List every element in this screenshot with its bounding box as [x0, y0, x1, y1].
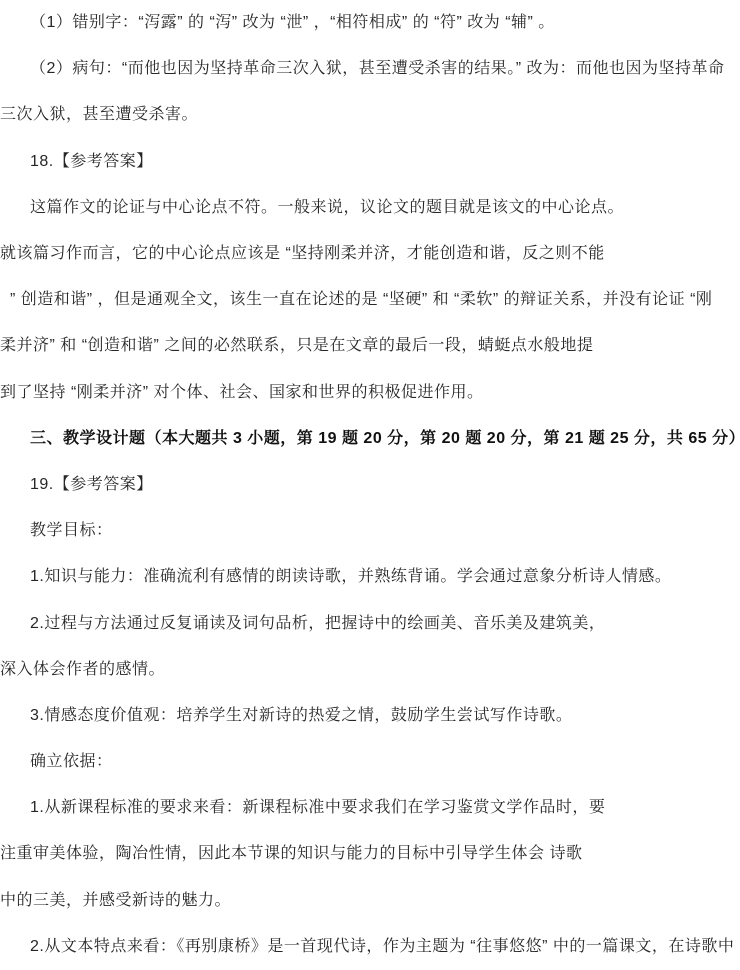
answer-19-header: 19.【参考答案】 — [0, 462, 740, 508]
answer-18-header: 18.【参考答案】 — [0, 139, 740, 185]
basis-curriculum-line-3: 中的三美，并感受新诗的魅力。 — [0, 878, 740, 924]
document-page: （1）错别字：“泻露” 的 “泻” 改为 “泄” ，“相符相成” 的 “符” 改… — [0, 0, 740, 970]
basis-curriculum-line-1: 1.从新课程标准的要求来看：新课程标准中要求我们在学习鉴赏文学作品时，要 — [0, 785, 740, 831]
answer-18-line-2: 就该篇习作而言，它的中心论点应该是 “坚持刚柔并济，才能创造和谐，反之则不能 — [0, 231, 740, 277]
answer-18-line-1: 这篇作文的论证与中心论点不符。一般来说，议论文的题目就是该文的中心论点。 — [0, 185, 740, 231]
answer-18-line-5: 到了坚持 “刚柔并济” 对个体、社会、国家和世界的积极促进作用。 — [0, 370, 740, 416]
typo-correction-line: （1）错别字：“泻露” 的 “泻” 改为 “泄” ，“相符相成” 的 “符” 改… — [0, 0, 740, 46]
goal-emotion-values: 3.情感态度价值观：培养学生对新诗的热爱之情，鼓励学生尝试写作诗歌。 — [0, 693, 740, 739]
goal-process-method-line-2: 深入体会作者的感情。 — [0, 647, 740, 693]
sentence-correction-line-1: （2）病句：“而他也因为坚持革命三次入狱，甚至遭受杀害的结果。” 改为：而他也因… — [0, 46, 740, 92]
basis-curriculum-line-2: 注重审美体验，陶冶性情，因此本节课的知识与能力的目标中引导学生体会 诗歌 — [0, 831, 740, 877]
sentence-correction-line-2: 三次入狱，甚至遭受杀害。 — [0, 92, 740, 138]
goal-process-method-line-1: 2.过程与方法通过反复诵读及词句品析，把握诗中的绘画美、音乐美及建筑美， — [0, 600, 740, 646]
basis-text-features-line-1: 2.从文本特点来看：《再别康桥》是一首现代诗，作为主题为 “往事悠悠” 中的一篇… — [0, 924, 740, 970]
goal-knowledge-ability: 1.知识与能力：准确流利有感情的朗读诗歌，并熟练背诵。学会通过意象分析诗人情感。 — [0, 554, 740, 600]
answer-18-line-4: 柔并济” 和 “创造和谐” 之间的必然联系，只是在文章的最后一段，蜻蜓点水般地提 — [0, 323, 740, 369]
basis-label: 确立依据： — [0, 739, 740, 785]
teaching-goals-label: 教学目标： — [0, 508, 740, 554]
answer-18-line-3: ” 创造和谐” ，但是通观全文，该生一直在论述的是 “坚硬” 和 “柔软” 的辩… — [0, 277, 740, 323]
section-3-heading: 三、教学设计题（本大题共 3 小题，第 19 题 20 分，第 20 题 20 … — [0, 416, 740, 462]
